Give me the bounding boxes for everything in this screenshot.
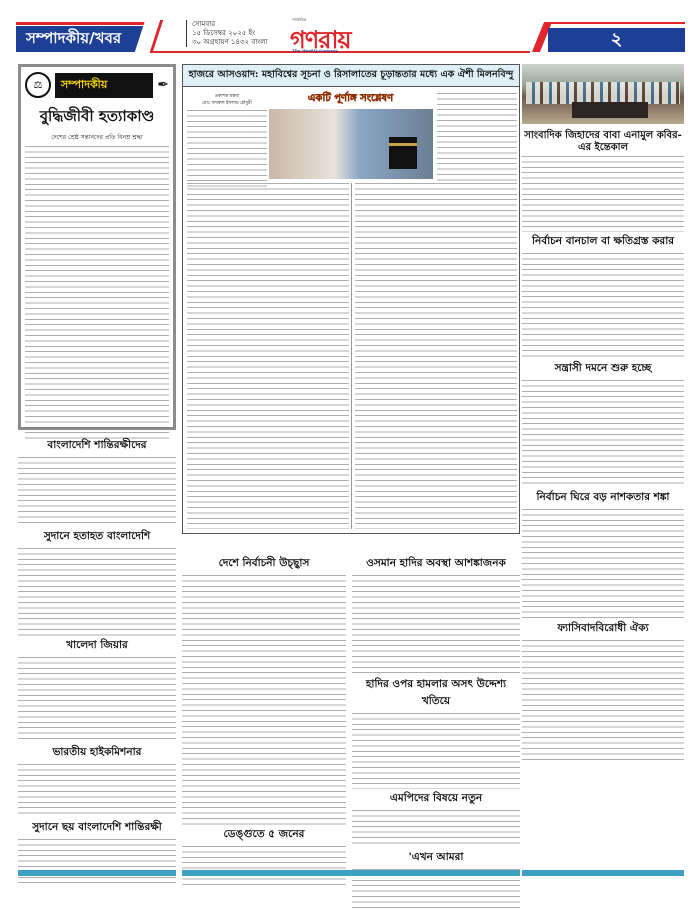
section-label: সম্পাদকীয়/খবর (16, 26, 151, 52)
article-body (522, 380, 684, 488)
editorial-headline: বুদ্ধিজীবী হত্যাকাণ্ড (25, 105, 169, 130)
editorial-subheadline: দেশের শ্রেষ্ঠ সন্তানদের প্রতি বিনম্র শ্র… (25, 132, 169, 143)
article-headline: সুদানে ছয় বাংলাদেশি শান্তিরক্ষী (18, 820, 176, 837)
red-rule (16, 22, 154, 25)
article-headline: ফ্যাসিবাদবিরোধী ঐক্য (522, 621, 684, 638)
byline-label: প্রকাশক মন্তব্য (187, 93, 267, 100)
article-body (18, 839, 176, 887)
article-headline: 'এখন আমরা (352, 850, 520, 867)
article: ওসমান হাদির অবস্থা আশঙ্কাজনক হাদির ওপর হ… (352, 554, 520, 909)
logo-wordmark: গণরায় (290, 22, 351, 62)
logo-subtitle: The Weekly Ganaray (292, 48, 338, 53)
page-number: ২ (548, 28, 685, 52)
article-headline: খালেদা জিয়ার (18, 638, 176, 655)
article-body (352, 810, 520, 848)
article: বাংলাদেশি শান্তিরক্ষীদের সুদানে হতাহত বা… (18, 436, 176, 887)
feature-badge: একটি পূর্ণাঙ্গ সংশ্লেষণ (283, 91, 418, 107)
footer-bar (182, 870, 520, 876)
article-body (522, 253, 684, 359)
date-english: ১৫ ডিসেম্বর ২০২৫ ইং (192, 29, 268, 38)
article-body (522, 509, 684, 619)
feature-body-lower-left (187, 183, 349, 529)
article-headline: হাদির ওপর হামলার অসৎ উদ্দেশ্য খতিয়ে (352, 677, 520, 711)
newspaper-logo[interactable]: সাপ্তাহিক গণরায় The Weekly Ganaray (290, 16, 380, 56)
article-body (18, 457, 176, 527)
feature-lower-left (187, 183, 349, 529)
kaaba-photo (269, 109, 433, 179)
fountain-pen-icon: ✒ (157, 77, 169, 93)
date-bangla: ৩০ অগ্রহায়ণ ১৪৩২ বাংলা (192, 38, 268, 47)
article-headline: দেশে নির্বাচনী উচ্ছ্বাস (182, 556, 346, 573)
day-label: সোমবার (192, 20, 268, 29)
article-headline: নির্বাচন ঘিরে বড় নাশকতার শঙ্কা (522, 490, 684, 507)
feature-body-right (437, 93, 517, 181)
article-headline: ডেঙ্গুতে ৫ জনের (182, 827, 346, 844)
article-headline: নির্বাচন বানচাল বা ক্ষতিগ্রস্ত করার (522, 234, 684, 251)
article-body (182, 846, 346, 886)
article-body (18, 657, 176, 743)
lead-headline: সাংবাদিক জিহাদের বাবা এনামুল কবির-এর ইন্… (522, 130, 684, 154)
article-headline: সুদানে হতাহত বাংলাদেশি (18, 529, 176, 546)
feature-right-column (437, 93, 517, 181)
feature-body-lower-right (355, 183, 517, 529)
crowd-graphic (526, 82, 680, 104)
author-name: মোঃ ফখরুল ইসলাম চৌধুরী (187, 100, 267, 107)
footer-bar (522, 870, 684, 876)
article-headline: এমপিদের বিষয়ে নতুন (352, 791, 520, 808)
column-divider (351, 183, 352, 529)
feature-article: হাজরে আসওয়াদ: মহাবিশ্বের সূচনা ও রিসালা… (182, 64, 520, 534)
article-headline: ওসমান হাদির অবস্থা আশঙ্কাজনক (352, 556, 520, 573)
article-body (522, 156, 684, 232)
feature-byline: প্রকাশক মন্তব্য মোঃ ফখরুল ইসলাম চৌধুরী (187, 93, 267, 188)
newspaper-emblem-icon: ⚖ (25, 72, 51, 98)
feature-headline: হাজরে আসওয়াদ: মহাবিশ্বের সূচনা ও রিসালা… (183, 65, 519, 87)
article-body (522, 640, 684, 764)
editorial-banner: ⚖ সম্পাদকীয় ✒ (25, 71, 169, 99)
coffin-graphic (572, 102, 648, 118)
feature-body-left (187, 110, 267, 188)
article-body (18, 764, 176, 818)
editorial-label: সম্পাদকীয় (55, 73, 153, 98)
article-headline: সন্ত্রাসী দমনে শুরু হচ্ছে (522, 361, 684, 378)
footer-bar (18, 870, 176, 876)
article: দেশে নির্বাচনী উচ্ছ্বাস ডেঙ্গুতে ৫ জনের (182, 554, 346, 886)
article-body (18, 548, 176, 636)
kaaba-icon (389, 137, 417, 169)
article: সাংবাদিক জিহাদের বাবা এনামুল কবির-এর ইন্… (522, 128, 684, 764)
feature-lower-right (355, 183, 517, 529)
article-headline: ভারতীয় হাইকমিশনার (18, 745, 176, 762)
editorial-body: আমাদের জাতীয় জীবনের একটি শোকাবহ দিন আজ।… (25, 146, 169, 442)
article-body (182, 575, 346, 825)
article-body (352, 713, 520, 789)
masthead: সম্পাদকীয়/খবর সোমবার ১৫ ডিসেম্বর ২০২৫ ই… (0, 0, 700, 60)
article-body (352, 575, 520, 675)
date-block: সোমবার ১৫ ডিসেম্বর ২০২৫ ইং ৩০ অগ্রহায়ণ … (186, 20, 268, 47)
article-headline: বাংলাদেশি শান্তিরক্ষীদের (18, 438, 176, 455)
janaza-prayer-photo (522, 64, 684, 124)
editorial-box: ⚖ সম্পাদকীয় ✒ বুদ্ধিজীবী হত্যাকাণ্ড দেশ… (18, 64, 176, 430)
